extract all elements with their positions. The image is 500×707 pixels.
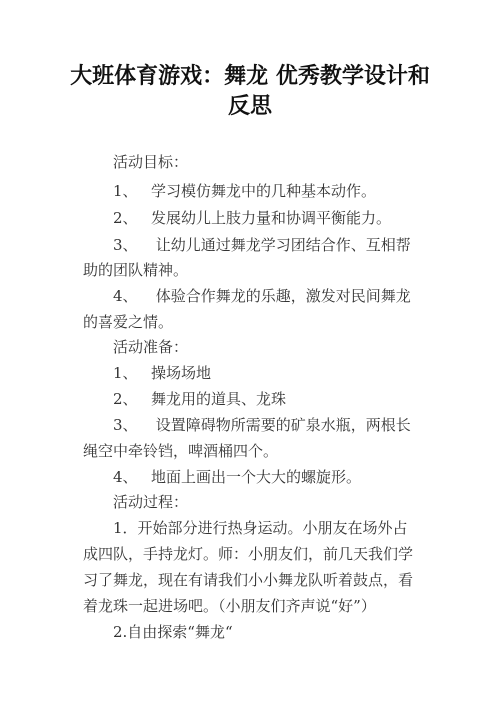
doc-title-line2: 反思 [60, 92, 440, 122]
prep-heading: 活动准备： [113, 337, 188, 357]
goal-item-4-cont: 的喜爱之情。 [83, 312, 173, 332]
process-p1-line2: 成四队，手持龙灯。师：小朋友们，前几天我们学 [83, 544, 413, 564]
goal-item-2: 2、发展幼儿上肢力量和协调平衡能力。 [113, 208, 391, 228]
goal-item-3-cont: 助的团队精神。 [83, 260, 188, 280]
prep-item-2: 2、舞龙用的道具、龙珠 [113, 389, 286, 409]
goals-heading: 活动目标： [113, 152, 188, 172]
prep-item-4: 4、地面上画出一个大大的螺旋形。 [113, 467, 361, 487]
doc-title-line1: 大班体育游戏：舞龙 优秀教学设计和 [60, 62, 440, 92]
process-p2: 2.自由探索“舞龙“ [113, 622, 233, 642]
prep-item-3-cont: 绳空中牵铃铛，啤酒桶四个。 [83, 441, 278, 461]
process-p1-line4: 着龙珠一起进场吧。（小朋友们齐声说“好”） [83, 596, 376, 616]
prep-item-1: 1、操场场地 [113, 363, 211, 383]
goal-item-1: 1、学习模仿舞龙中的几种基本动作。 [113, 181, 376, 201]
process-heading: 活动过程： [113, 492, 188, 512]
prep-item-3: 3、 设置障碍物所需要的矿泉水瓶，两根长 [113, 415, 411, 435]
goal-item-4: 4、 体验合作舞龙的乐趣，激发对民间舞龙 [113, 286, 411, 306]
goal-item-3: 3、 让幼儿通过舞龙学习团结合作、互相帮 [113, 235, 411, 255]
process-p1-line3: 习了舞龙，现在有请我们小小舞龙队听着鼓点，看 [83, 570, 413, 590]
process-p1-line1: 1．开始部分进行热身运动。小朋友在场外占 [113, 518, 408, 538]
